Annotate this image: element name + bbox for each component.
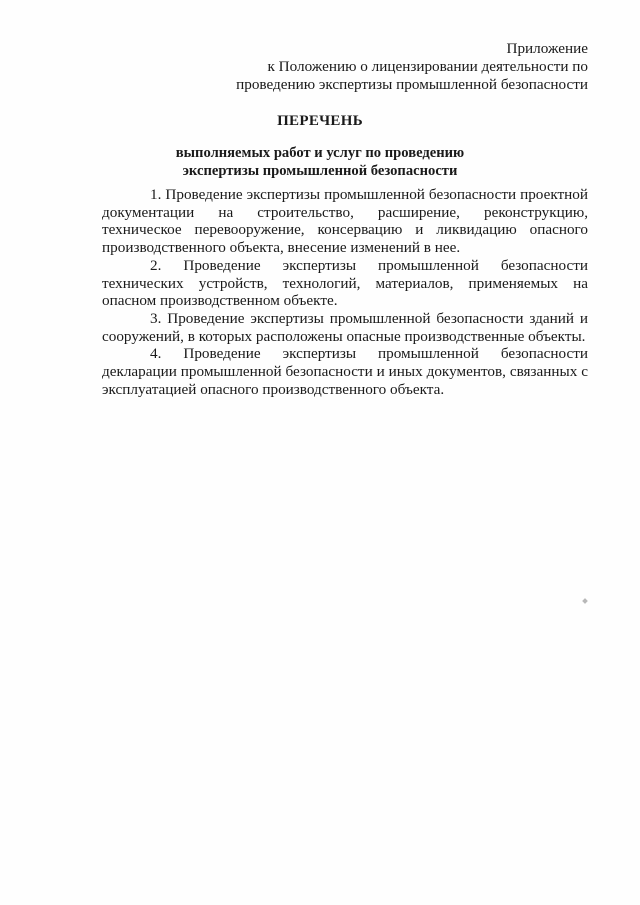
appendix-header: Приложение к Положению о лицензировании … [236,40,588,94]
services-list: 1. Проведение экспертизы промышленной бе… [102,186,588,398]
list-item: 3. Проведение экспертизы промышленной бе… [102,310,588,345]
document-page: Приложение к Положению о лицензировании … [0,0,640,905]
subtitle-line: выполняемых работ и услуг по проведению [0,145,640,163]
list-item: 2. Проведение экспертизы промышленной бе… [102,257,588,310]
document-title: ПЕРЕЧЕНЬ [0,113,640,130]
list-item: 1. Проведение экспертизы промышленной бе… [102,186,588,257]
list-item: 4. Проведение экспертизы промышленной бе… [102,345,588,398]
document-subtitle: выполняемых работ и услуг по проведению … [0,145,640,180]
appendix-line: к Положению о лицензировании деятельност… [236,58,588,76]
appendix-line: проведению экспертизы промышленной безоп… [236,76,588,94]
subtitle-line: экспертизы промышленной безопасности [0,163,640,181]
appendix-line: Приложение [236,40,588,58]
scan-artifact [582,598,588,604]
